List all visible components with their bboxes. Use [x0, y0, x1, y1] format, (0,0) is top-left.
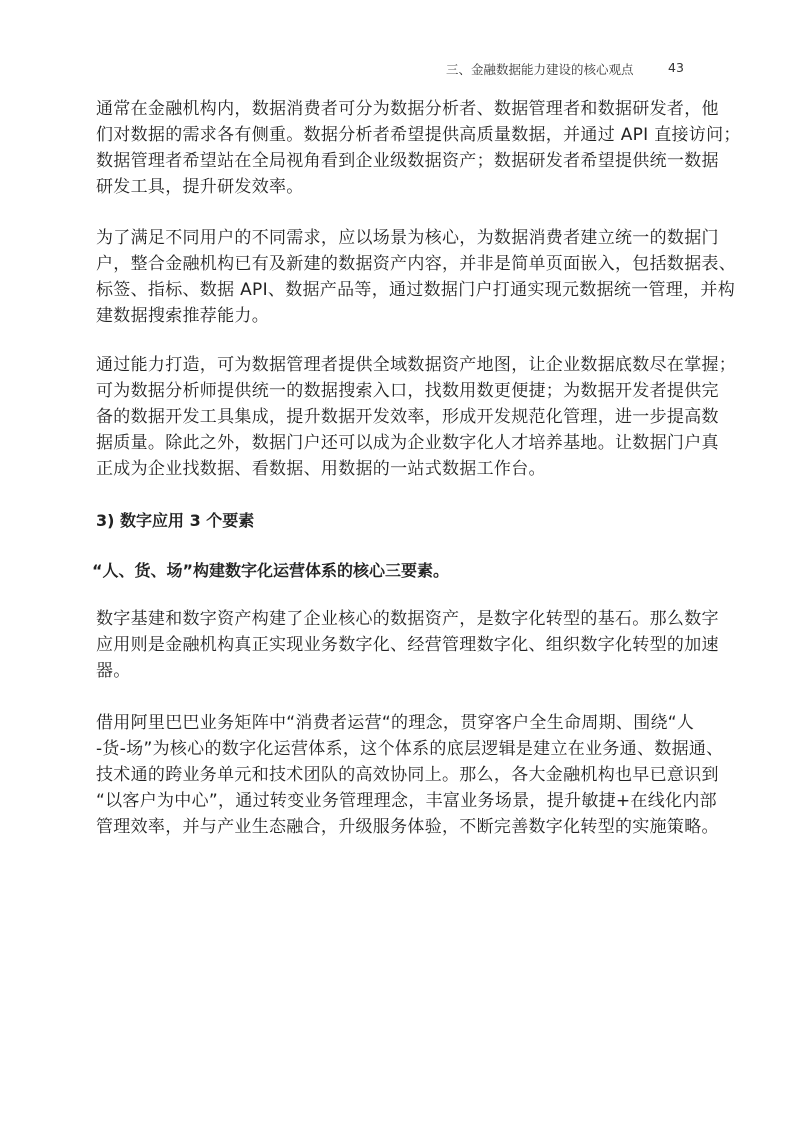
text-line: 户，整合金融机构已有及新建的数据资产内容，并非是简单页面嵌入，包括数据表、	[96, 251, 736, 277]
text-line: 数据管理者希望站在全局视角看到企业级数据资产；数据研发者希望提供统一数据	[96, 148, 741, 174]
text-line: 为了满足不同用户的不同需求，应以场景为核心，为数据消费者建立统一的数据门	[96, 225, 736, 251]
paragraph-5: 借用阿里巴巴业务矩阵中“消费者运营“的理念，贯穿客户全生命周期、围绕“人 -货-…	[96, 710, 723, 840]
paragraph-4: 数字基建和数字资产构建了企业核心的数据资产，是数字化转型的基石。那么数字 应用则…	[96, 606, 719, 684]
text-line: 备的数据开发工具集成，提升数据开发效率，形成开发规范化管理，进一步提高数	[96, 404, 736, 430]
text-line: 数字基建和数字资产构建了企业核心的数据资产，是数字化转型的基石。那么数字	[96, 606, 719, 632]
sub-heading: “人、货、场”构建数字化运营体系的核心三要素。	[92, 558, 449, 584]
text-line: 标签、指标、数据 API、数据产品等，通过数据门户打通实现元数据统一管理，并构	[96, 277, 736, 303]
paragraph-1: 通常在金融机构内，数据消费者可分为数据分析者、数据管理者和数据研发者，他 们对数…	[96, 96, 741, 200]
text-line: 器。	[96, 658, 719, 684]
text-line: 研发工具，提升研发效率。	[96, 174, 741, 200]
text-line: 应用则是金融机构真正实现业务数字化、经营管理数字化、组织数字化转型的加速	[96, 632, 719, 658]
text-line: “以客户为中心”，通过转变业务管理理念，丰富业务场景，提升敏捷+在线化内部	[96, 788, 723, 814]
text-line: 据质量。除此之外，数据门户还可以成为企业数字化人才培养基地。让数据门户真	[96, 430, 736, 456]
section-title: 三、金融数据能力建设的核心观点	[446, 60, 634, 78]
section-heading: 3) 数字应用 3 个要素	[96, 508, 254, 534]
text-line: -货-场”为核心的数字化运营体系，这个体系的底层逻辑是建立在业务通、数据通、	[96, 736, 723, 762]
page-number: 43	[668, 60, 684, 75]
text-line: 技术通的跨业务单元和技术团队的高效协同上。那么，各大金融机构也早已意识到	[96, 762, 723, 788]
text-line: 正成为企业找数据、看数据、用数据的一站式数据工作台。	[96, 456, 736, 482]
text-line: 借用阿里巴巴业务矩阵中“消费者运营“的理念，贯穿客户全生命周期、围绕“人	[96, 710, 723, 736]
text-line: 建数据搜索推荐能力。	[96, 303, 736, 329]
text-line: 可为数据分析师提供统一的数据搜索入口，找数用数更便捷；为数据开发者提供完	[96, 378, 736, 404]
text-line: 管理效率，并与产业生态融合，升级服务体验，不断完善数字化转型的实施策略。	[96, 814, 723, 840]
paragraph-2: 为了满足不同用户的不同需求，应以场景为核心，为数据消费者建立统一的数据门 户，整…	[96, 225, 736, 329]
text-line: 通过能力打造，可为数据管理者提供全域数据资产地图，让企业数据底数尽在掌握；	[96, 352, 736, 378]
text-line: 们对数据的需求各有侧重。数据分析者希望提供高质量数据，并通过 API 直接访问；	[96, 122, 741, 148]
paragraph-3: 通过能力打造，可为数据管理者提供全域数据资产地图，让企业数据底数尽在掌握； 可为…	[96, 352, 736, 482]
text-line: 通常在金融机构内，数据消费者可分为数据分析者、数据管理者和数据研发者，他	[96, 96, 741, 122]
